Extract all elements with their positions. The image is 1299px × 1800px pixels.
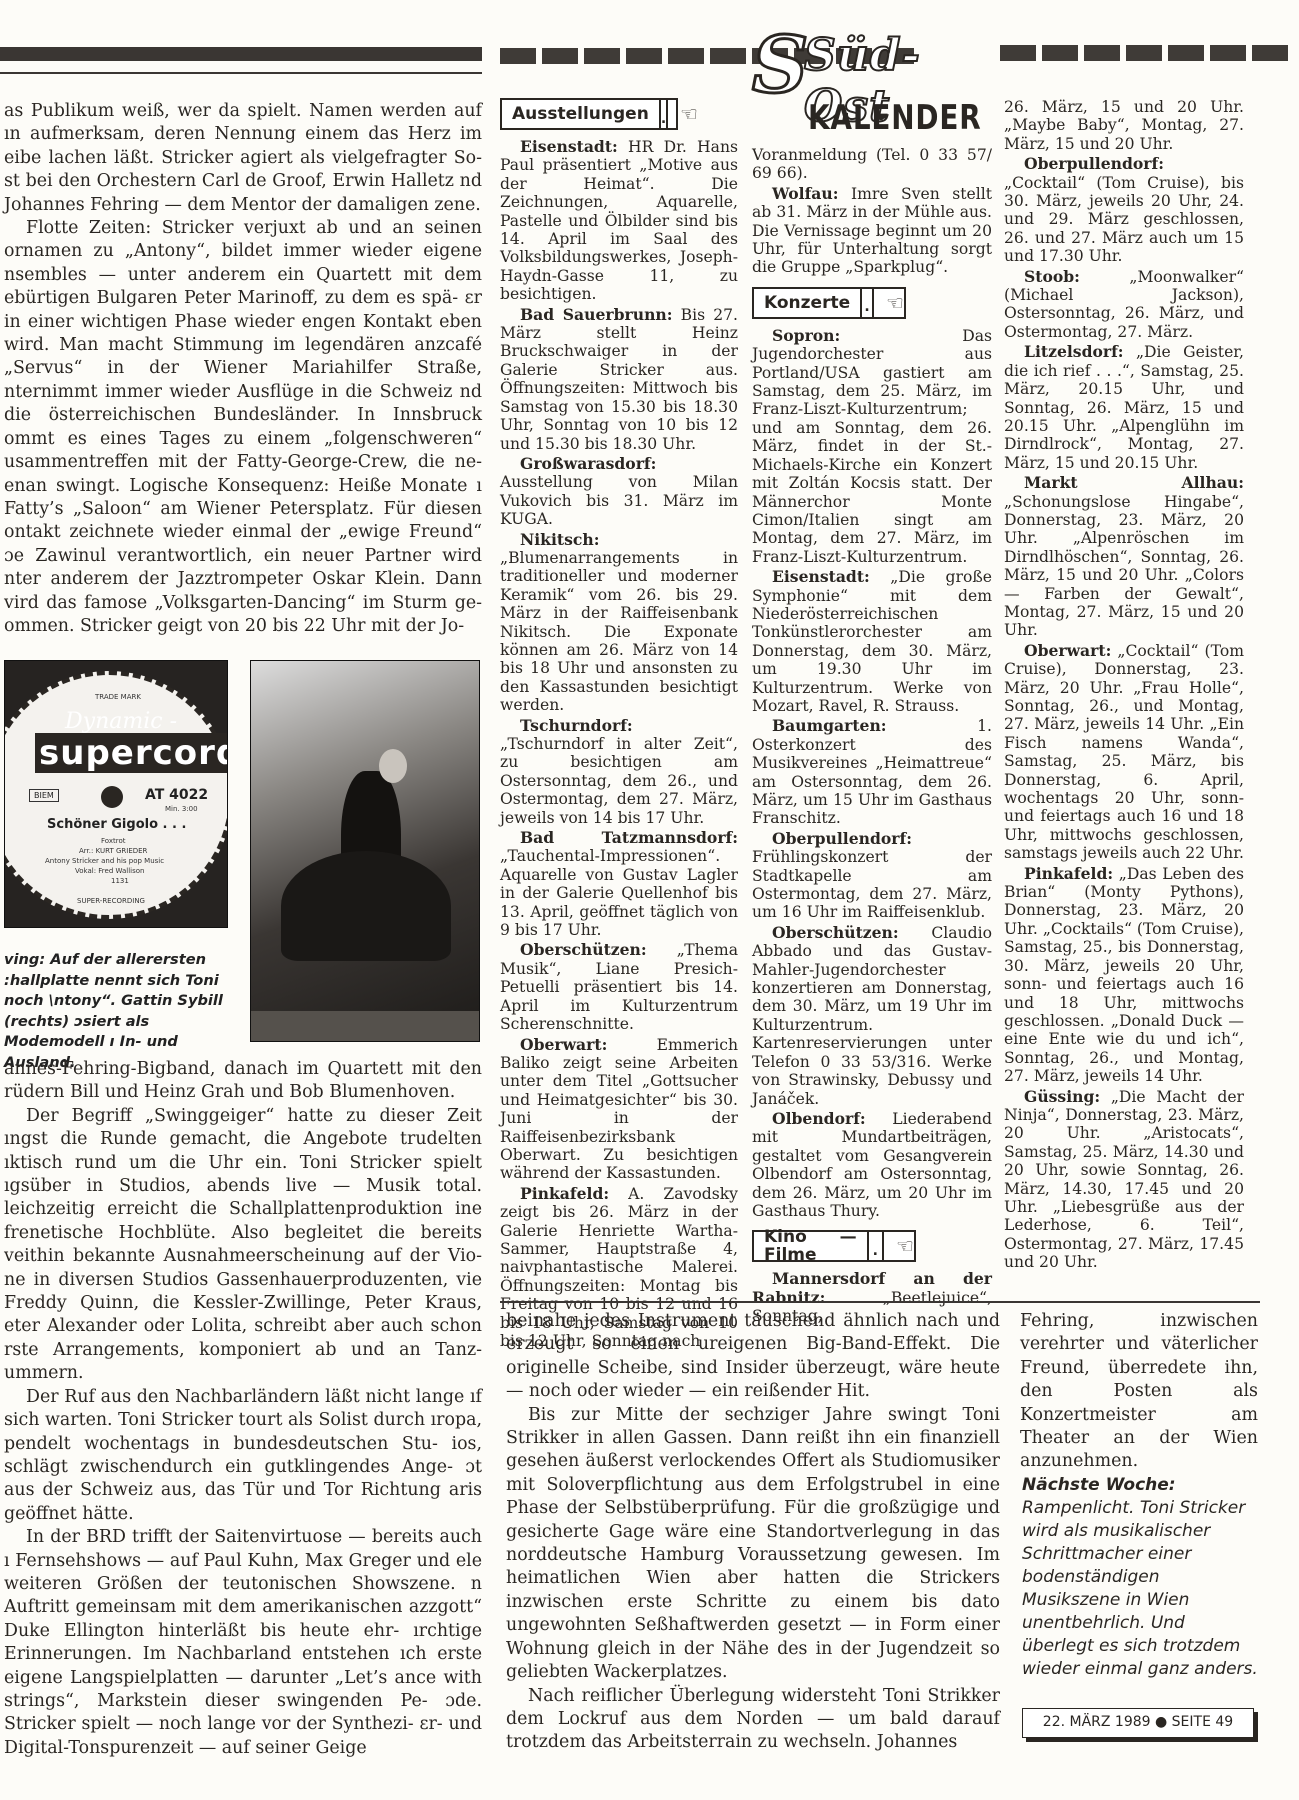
article-paragraph: Der Ruf aus den Nachbarländern läßt nich… bbox=[4, 1386, 482, 1526]
calendar-entry: Oberpullendorf: Frühlingskonzert der Sta… bbox=[752, 830, 992, 922]
catalog-number: AT 4022 bbox=[145, 787, 208, 803]
calendar-entry: Bad Sauerbrunn: Bis 27. März stellt Hein… bbox=[500, 306, 738, 453]
article-paragraph: Flotte Zeiten: Stricker verjuxt ab und a… bbox=[4, 217, 482, 638]
super-recording-text: SUPER-RECORDING bbox=[77, 897, 145, 905]
calendar-entry: Wolfau: Imre Sven stellt ab 31. März in … bbox=[752, 185, 992, 277]
next-week-text: Rampenlicht. Toni Stricker wird als musi… bbox=[1022, 1498, 1258, 1679]
calendar-entry: Stoob: „Moonwalker“ (Michael Jackson), O… bbox=[1004, 268, 1244, 342]
calendar-entry: Sopron: Das Jugendorchester aus Portland… bbox=[752, 327, 992, 566]
vocal-text: Vokal: Fred Wallison bbox=[75, 867, 144, 875]
calendar-column-1: Ausstellungen . ☜ Eisenstadt: HR Dr. Han… bbox=[500, 92, 738, 1352]
dancer-photo bbox=[250, 660, 480, 1042]
song-title: Schöner Gigolo . . . bbox=[47, 817, 186, 832]
dancer-head bbox=[379, 749, 407, 783]
arranger-text: Arr.: KURT GRIEDER bbox=[79, 847, 147, 855]
article-paragraph: beinahe jedes Instrument täuschend ähnli… bbox=[506, 1310, 1000, 1404]
calendar-entry: Pinkafeld: „Das Leben des Brian“ (Monty … bbox=[1004, 865, 1244, 1086]
article-paragraph: annes-Fehring-Bigband, danach im Quartet… bbox=[4, 1058, 482, 1105]
floor bbox=[251, 1011, 479, 1041]
calendar-entry: Bad Tatzmannsdorf: „Tauchental-Impressio… bbox=[500, 829, 738, 939]
record-number: 1131 bbox=[111, 877, 129, 885]
calendar-entry: Oberwart: „Cocktail“ (Tom Cruise), Donne… bbox=[1004, 642, 1244, 863]
section-header-konzerte: Konzerte . ☜ bbox=[752, 287, 906, 319]
calendar-entry: Großwarasdorf: Ausstellung von Milan Vuk… bbox=[500, 455, 738, 529]
calendar-entry: Nikitsch: „Blumenarrangements in traditi… bbox=[500, 531, 738, 715]
genre-text: Foxtrot bbox=[101, 837, 125, 845]
calendar-entry: Markt Allhau: „Schonungslose Hingabe“, D… bbox=[1004, 474, 1244, 640]
date-page-box: 22. MÄRZ 1989 ● SEITE 49 bbox=[1022, 1708, 1254, 1738]
article-bottom-middle: beinahe jedes Instrument täuschend ähnli… bbox=[506, 1310, 1000, 1755]
article-left-top: as Publikum weiß, wer da spielt. Namen w… bbox=[4, 100, 482, 638]
article-bottom-right: Fehring, inzwischen verehrter und väterl… bbox=[1020, 1310, 1258, 1474]
duration-text: Min. 3:00 bbox=[165, 805, 198, 813]
section-dot: . bbox=[869, 1232, 884, 1260]
calendar-entry: Baumgarten: 1. Osterkonzert des Musikver… bbox=[752, 717, 992, 827]
top-rule-left bbox=[0, 72, 482, 74]
pointing-hand-icon: ☜ bbox=[886, 294, 904, 312]
article-paragraph: In der BRD trifft der Saitenvirtuose — b… bbox=[4, 1526, 482, 1760]
calendar-entry: Olbendorf: Liederabend mit Mundartbeiträ… bbox=[752, 1110, 992, 1220]
article-left-bottom: annes-Fehring-Bigband, danach im Quartet… bbox=[4, 1058, 482, 1760]
logo-line2: KALENDER bbox=[808, 98, 982, 138]
photo-caption: ving: Auf der allerersten :hallplatte ne… bbox=[4, 950, 244, 1074]
calendar-entry-continued: 26. März, 15 und 20 Uhr. „Maybe Baby“, M… bbox=[1004, 98, 1244, 153]
calendar-entry-continued: Voranmeldung (Tel. 0 33 57/ 69 66). bbox=[752, 146, 992, 183]
article-paragraph: Bis zur Mitte der sechziger Jahre swingt… bbox=[506, 1404, 1000, 1685]
article-paragraph: Fehring, inzwischen verehrter und väterl… bbox=[1020, 1310, 1258, 1474]
pointing-hand-icon: ☜ bbox=[896, 1237, 914, 1255]
brand-top-text: Dynamic - bbox=[65, 709, 177, 734]
calendar-entry: Oberschützen: Claudio Abbado und das Gus… bbox=[752, 924, 992, 1108]
calendar-entry: Tschurndorf: „Tschurndorf in alter Zeit“… bbox=[500, 717, 738, 827]
section-label: Konzerte bbox=[754, 289, 862, 317]
article-paragraph: Der Begriff „Swinggeiger“ hatte zu diese… bbox=[4, 1105, 482, 1386]
label-hole bbox=[101, 786, 123, 808]
section-header-ausstellungen: Ausstellungen . ☜ bbox=[500, 98, 678, 130]
section-dot: . bbox=[862, 289, 874, 317]
calendar-entry: Eisenstadt: HR Dr. Hans Paul präsentiert… bbox=[500, 138, 738, 304]
calendar-bottom-rule bbox=[500, 1301, 1260, 1303]
pointing-hand-icon: ☜ bbox=[680, 105, 698, 123]
article-paragraph: Nach reiflicher Überlegung widersteht To… bbox=[506, 1685, 1000, 1755]
calendar-column-3: 26. März, 15 und 20 Uhr. „Maybe Baby“, M… bbox=[1004, 98, 1244, 1274]
calendar-column-2: Voranmeldung (Tel. 0 33 57/ 69 66). Wolf… bbox=[752, 146, 992, 1328]
suedost-kalender-logo: S Süd-Ost KALENDER bbox=[752, 20, 1004, 130]
calendar-entry: Litzelsdorf: „Die Geister, die ich rief … bbox=[1004, 343, 1244, 472]
section-dot: . bbox=[661, 100, 668, 128]
city-badge: BIEM bbox=[29, 789, 59, 802]
section-label: Kino — Filme bbox=[754, 1232, 869, 1260]
calendar-entry: Oberpullendorf: „Cocktail“ (Tom Cruise),… bbox=[1004, 155, 1244, 265]
calendar-entry: Oberschützen: „Thema Musik“, Liane Presi… bbox=[500, 941, 738, 1033]
next-week-label: Nächste Woche: bbox=[1022, 1475, 1176, 1495]
top-bar-left bbox=[0, 47, 482, 61]
dancer-skirt bbox=[281, 851, 451, 961]
brand-text: supercord bbox=[35, 733, 228, 773]
logo-initial: S bbox=[752, 20, 808, 111]
artist-text: Antony Stricker and his pop Music bbox=[45, 857, 164, 865]
calendar-entry: Oberwart: Emmerich Baliko zeigt seine Ar… bbox=[500, 1036, 738, 1183]
block-bar-right bbox=[1000, 45, 1288, 61]
trade-mark-text: TRADE MARK bbox=[95, 693, 141, 701]
next-week-teaser: Nächste Woche: Rampenlicht. Toni Stricke… bbox=[1022, 1474, 1258, 1681]
article-paragraph: as Publikum weiß, wer da spielt. Namen w… bbox=[4, 100, 482, 217]
calendar-entry: Güssing: „Die Macht der Ninja“, Donnerst… bbox=[1004, 1088, 1244, 1272]
section-label: Ausstellungen bbox=[502, 100, 661, 128]
record-label-image: TRADE MARK Dynamic - supercord BIEM AT 4… bbox=[4, 660, 228, 928]
section-header-kino: Kino — Filme . ☜ bbox=[752, 1230, 916, 1262]
calendar-entry: Eisenstadt: „Die große Symphonie“ mit de… bbox=[752, 568, 992, 715]
